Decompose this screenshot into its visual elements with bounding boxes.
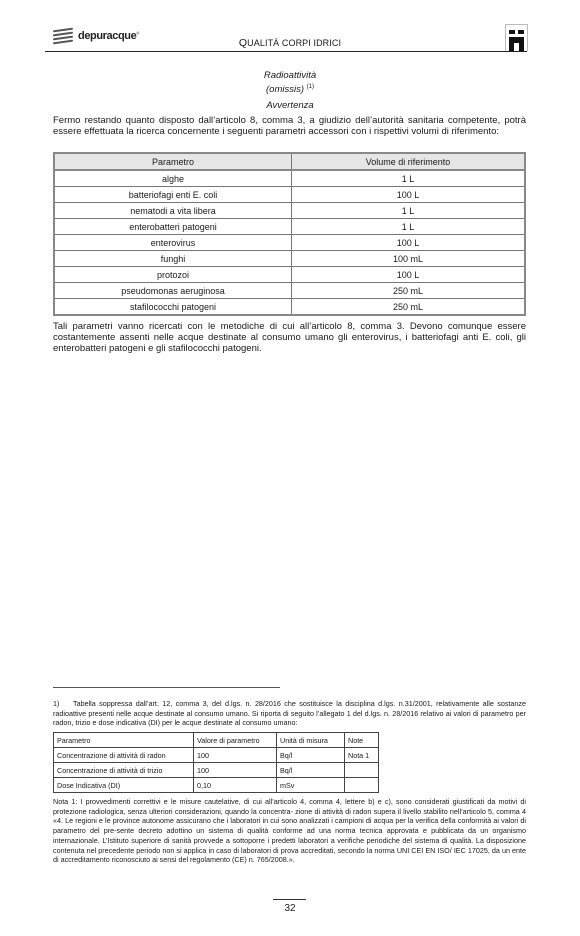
unit-cell: Bq/l (277, 763, 345, 778)
volume-cell: 100 mL (292, 251, 526, 267)
table-row: protozoi100 L (54, 267, 525, 283)
parameter-cell: Concentrazione di attività di trizio (54, 763, 194, 778)
volume-cell: 250 mL (292, 299, 526, 316)
value-cell: 100 (194, 748, 277, 763)
table-row: stafilococchi patogeni250 mL (54, 299, 525, 316)
intro-paragraph: Fermo restando quanto disposto dall’arti… (53, 115, 526, 137)
parameter-cell: Concentrazione di attività di radon (54, 748, 194, 763)
castle-logo-icon (505, 24, 528, 51)
parameter-cell: pseudomonas aeruginosa (54, 283, 292, 299)
parameter-cell: batteriofagi enti E. coli (54, 187, 292, 203)
warning-heading: Avvertenza (0, 100, 580, 111)
column-header-volume: Volume di riferimento (292, 153, 526, 170)
table-row: batteriofagi enti E. coli100 L (54, 187, 525, 203)
volume-cell: 100 L (292, 235, 526, 251)
table-row: Concentrazione di attività di trizio100B… (54, 763, 379, 778)
column-header-parameter: Parametro (54, 153, 292, 170)
accessory-parameters-table: Parametro Volume di riferimento alghe1 L… (53, 152, 526, 316)
volume-cell: 1 L (292, 170, 526, 187)
parameter-cell: nematodi a vita libera (54, 203, 292, 219)
footnote-ref[interactable]: (1) (307, 84, 314, 90)
closing-paragraph: Tali parametri vanno ricercati con le me… (53, 321, 526, 354)
footnote-text: 1)Tabella soppressa dall’art. 12, comma … (53, 699, 526, 728)
column-header-unit: Unità di misura (277, 733, 345, 748)
table-row: pseudomonas aeruginosa250 mL (54, 283, 525, 299)
page-number: 32 (0, 903, 580, 914)
volume-cell: 100 L (292, 267, 526, 283)
parameter-cell: funghi (54, 251, 292, 267)
parameter-cell: stafilococchi patogeni (54, 299, 292, 316)
notes-cell (345, 763, 379, 778)
unit-cell: Bq/l (277, 748, 345, 763)
footnote-separator (53, 687, 280, 688)
table-row: enterobatteri patogeni1 L (54, 219, 525, 235)
table-row: funghi100 mL (54, 251, 525, 267)
value-cell: 100 (194, 763, 277, 778)
volume-cell: 1 L (292, 219, 526, 235)
column-header-notes: Note (345, 733, 379, 748)
parameter-cell: Dose Indicativa (DI) (54, 778, 194, 793)
notes-cell: Nota 1 (345, 748, 379, 763)
volume-cell: 250 mL (292, 283, 526, 299)
unit-cell: mSv (277, 778, 345, 793)
parameter-cell: protozoi (54, 267, 292, 283)
volume-cell: 1 L (292, 203, 526, 219)
column-header-value: Valore di parametro (194, 733, 277, 748)
radioactivity-heading: Radioattività (0, 70, 580, 81)
notes-cell (345, 778, 379, 793)
running-header-title: QUALITÀ CORPI IDRICI (0, 37, 580, 49)
table-row: nematodi a vita libera1 L (54, 203, 525, 219)
parameter-cell: enterovirus (54, 235, 292, 251)
column-header-parameter: Parametro (54, 733, 194, 748)
volume-cell: 100 L (292, 187, 526, 203)
table-row: Dose Indicativa (DI)0,10mSv (54, 778, 379, 793)
omissis-note: (omissis) (1) (0, 84, 580, 95)
value-cell: 0,10 (194, 778, 277, 793)
page-number-rule (273, 899, 306, 900)
table-row: alghe1 L (54, 170, 525, 187)
parameter-cell: alghe (54, 170, 292, 187)
table-row: Concentrazione di attività di radon100Bq… (54, 748, 379, 763)
parameter-cell: enterobatteri patogeni (54, 219, 292, 235)
header-divider (45, 51, 527, 52)
radiation-parameters-table: Parametro Valore di parametro Unità di m… (53, 732, 379, 793)
table-row: enterovirus100 L (54, 235, 525, 251)
footnote-nota-1: Nota 1: I provvedimenti correttivi e le … (53, 797, 526, 865)
